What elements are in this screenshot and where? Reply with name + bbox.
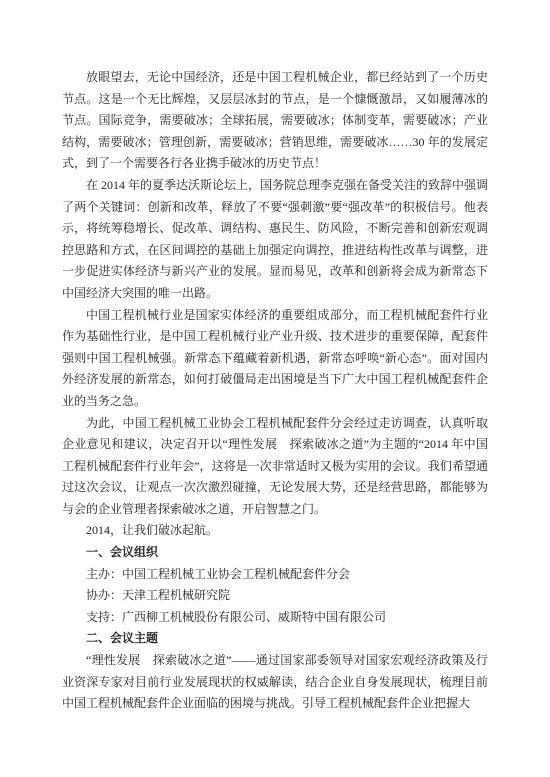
body-paragraph: “理性发展 探索破冰之道”——通过国家部委领导对国家宏观经济政策及行业资深专家对…	[62, 650, 488, 715]
body-paragraph: 为此，中国工程机械工业协会工程机械配套件分会经过走访调查，认真听取企业意见和建议…	[62, 413, 488, 521]
section-heading: 一、会议组织	[62, 542, 488, 564]
body-paragraph: 在 2014 年的夏季达沃斯论坛上，国务院总理李克强在备受关注的致辞中强调了两个…	[62, 175, 488, 305]
document-page: 放眼望去，无论中国经济，还是中国工程机械企业，都已经站到了一个历史节点。这是一个…	[0, 0, 550, 777]
section-heading: 二、会议主题	[62, 628, 488, 650]
organizer-list-item: 支持：广西柳工机械股份有限公司、威斯特中国有限公司	[62, 607, 488, 629]
document-text-block: 放眼望去，无论中国经济，还是中国工程机械企业，都已经站到了一个历史节点。这是一个…	[62, 67, 488, 715]
body-paragraph: 2014，让我们破冰起航。	[62, 520, 488, 542]
organizer-list-item: 主办：中国工程机械工业协会工程机械配套件分会	[62, 564, 488, 586]
body-paragraph: 放眼望去，无论中国经济，还是中国工程机械企业，都已经站到了一个历史节点。这是一个…	[62, 67, 488, 175]
body-paragraph: 中国工程机械行业是国家实体经济的重要组成部分，而工程机械配套件行业作为基础性行业…	[62, 305, 488, 413]
organizer-list-item: 协办：天津工程机械研究院	[62, 585, 488, 607]
